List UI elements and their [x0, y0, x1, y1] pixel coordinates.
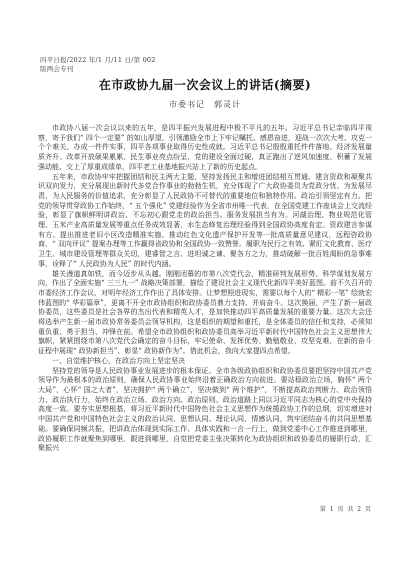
document-page: 四平日报/2022 年/1 月/11 日/第 002 版两会专刊 在市政协九届一… — [0, 0, 410, 580]
body-paragraph: 五年来，市政协牢牢把握团结和民主两大主题，坚持发扬民主和增进团结相互贯通、建言资… — [38, 173, 372, 270]
body-paragraph: 雄关漫道真如铁，而今迈步从头越。刚刚闭幕的市第八次党代会，精准研判发展形势、科学… — [38, 270, 372, 357]
page-title: 在市政协九届一次会议上的讲话(摘要) — [0, 76, 410, 93]
page-number: 第 1 页 共 2 页 — [0, 504, 372, 513]
body-paragraph: 市政协八届一次会议以来的五年，是四平振兴发展进程中极不平凡的五年。习近平总书记亲… — [38, 124, 372, 173]
masthead: 四平日报/2022 年/1 月/11 日/第 002 版两会专刊 — [40, 56, 156, 74]
body-paragraph: 坚持党的领导是人民政协事业发展进步的根本保证。全市各级政协组织和政协委员要把坚持… — [38, 367, 372, 454]
body-text: 市政协八届一次会议以来的五年，是四平振兴发展进程中极不平凡的五年。习近平总书记亲… — [38, 124, 372, 454]
byline: 市委书记 郭灵计 — [0, 99, 410, 110]
section-heading: 一、自觉维护核心，在政治方向上坚定坚决 — [38, 357, 372, 367]
